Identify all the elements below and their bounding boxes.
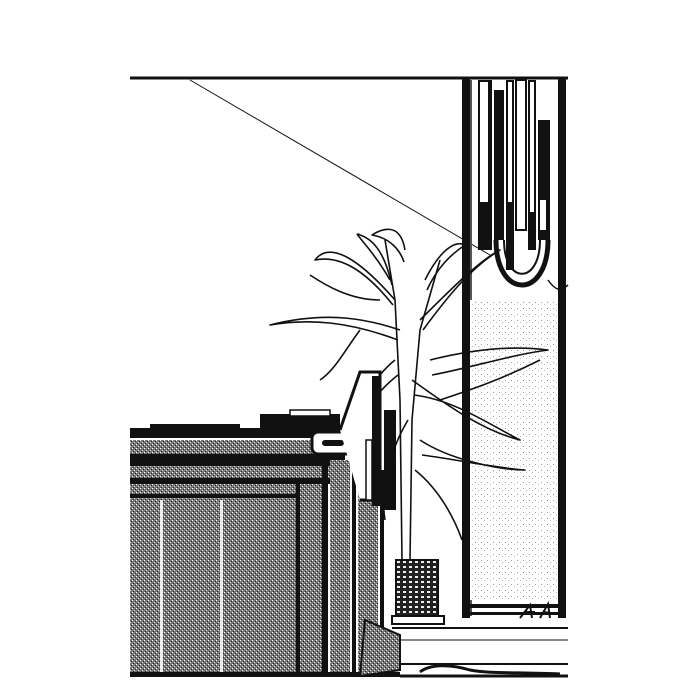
floor-cable bbox=[420, 666, 560, 674]
light-fixture bbox=[478, 80, 568, 289]
illustration bbox=[0, 0, 700, 700]
artwork-canvas bbox=[0, 0, 700, 700]
diagonal-cord bbox=[190, 80, 490, 255]
